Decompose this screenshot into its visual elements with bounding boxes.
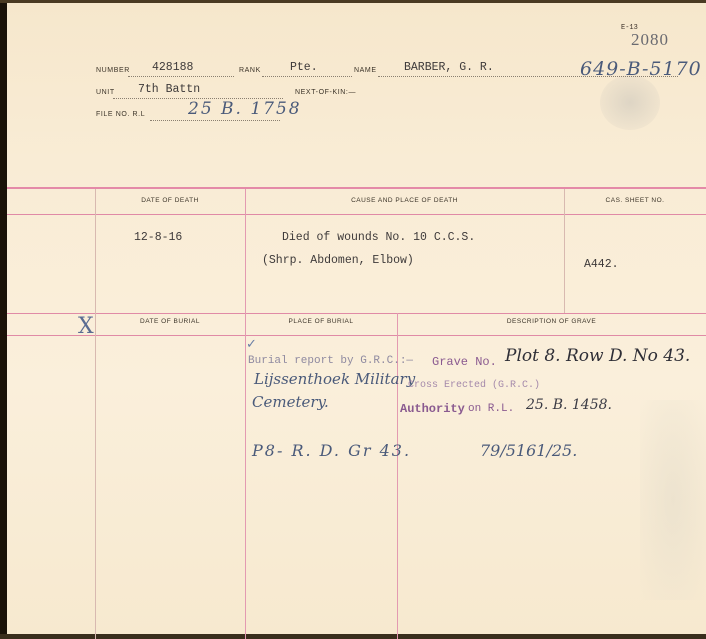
authority-label: Authority (400, 402, 465, 416)
cas-sheet-no: A442. (584, 258, 619, 271)
col-header-date-of-burial: Date of Burial (95, 318, 245, 325)
authority-value: 25. B. 1458. (526, 397, 612, 413)
rule-line (7, 187, 706, 189)
file-reference: 79/5161/25. (480, 441, 577, 460)
col-header-date-of-death: Date of Death (95, 197, 245, 204)
name-label: Name (354, 67, 377, 74)
cross-erected-stamp: Cross Erected (G.R.C.) (408, 380, 540, 391)
place-of-burial: Lijssenthoek Military (254, 370, 415, 388)
col-header-cause-place-of-death: Cause and Place of Death (245, 197, 564, 204)
grave-no-value: Plot 8. Row D. No 43. (505, 346, 690, 366)
grave-short-reference: P8- R. D. Gr 43. (252, 441, 411, 460)
column-divider (245, 189, 246, 639)
rank-dotted-line (262, 76, 352, 77)
unit-label: Unit (96, 89, 115, 96)
rank-value: Pte. (290, 61, 318, 74)
col-header-cas-sheet-no: Cas. Sheet No. (564, 197, 706, 204)
authority-on-rl: on R.L. (468, 403, 514, 415)
file-no-dotted-line (150, 120, 280, 121)
col-header-place-of-burial: Place of Burial (245, 318, 397, 325)
margin-x-mark: X (78, 314, 94, 339)
number-label: Number (96, 67, 130, 74)
column-divider (95, 189, 96, 639)
card-number: 2080 (631, 30, 669, 50)
service-number: 428188 (152, 61, 193, 74)
rule-line (7, 313, 706, 314)
rule-line (7, 335, 706, 336)
scan-edge-bottom (0, 634, 706, 639)
col-header-description-of-grave: Description of Grave (397, 318, 706, 325)
paper-stain (640, 400, 706, 600)
name-value: BARBER, G. R. (404, 61, 494, 74)
burial-report-stamp: Burial report by G.R.C.:— (248, 355, 413, 367)
file-no-value: 25 B. 1758 (188, 99, 302, 119)
rule-line (7, 214, 706, 215)
file-no-label: File No. R.L (96, 111, 145, 118)
column-divider (564, 189, 565, 313)
cause-of-death: Died of wounds No. 10 C.C.S. (282, 231, 475, 244)
cause-of-death-detail: (Shrp. Abdomen, Elbow) (262, 254, 414, 267)
next-of-kin-label: Next-of-Kin:— (295, 89, 356, 96)
unit-value: 7th Battn (138, 83, 200, 96)
rank-label: Rank (239, 67, 261, 74)
name-dotted-line (378, 76, 678, 77)
tick-mark: ✓ (246, 336, 257, 352)
grave-no-label: Grave No. (432, 355, 497, 369)
scan-edge-top (0, 0, 706, 3)
scan-edge-left (0, 0, 7, 639)
number-dotted-line (128, 76, 234, 77)
paper-stain (600, 75, 660, 130)
date-of-death: 12-8-16 (134, 231, 182, 244)
place-of-burial-line2: Cemetery. (252, 393, 329, 411)
